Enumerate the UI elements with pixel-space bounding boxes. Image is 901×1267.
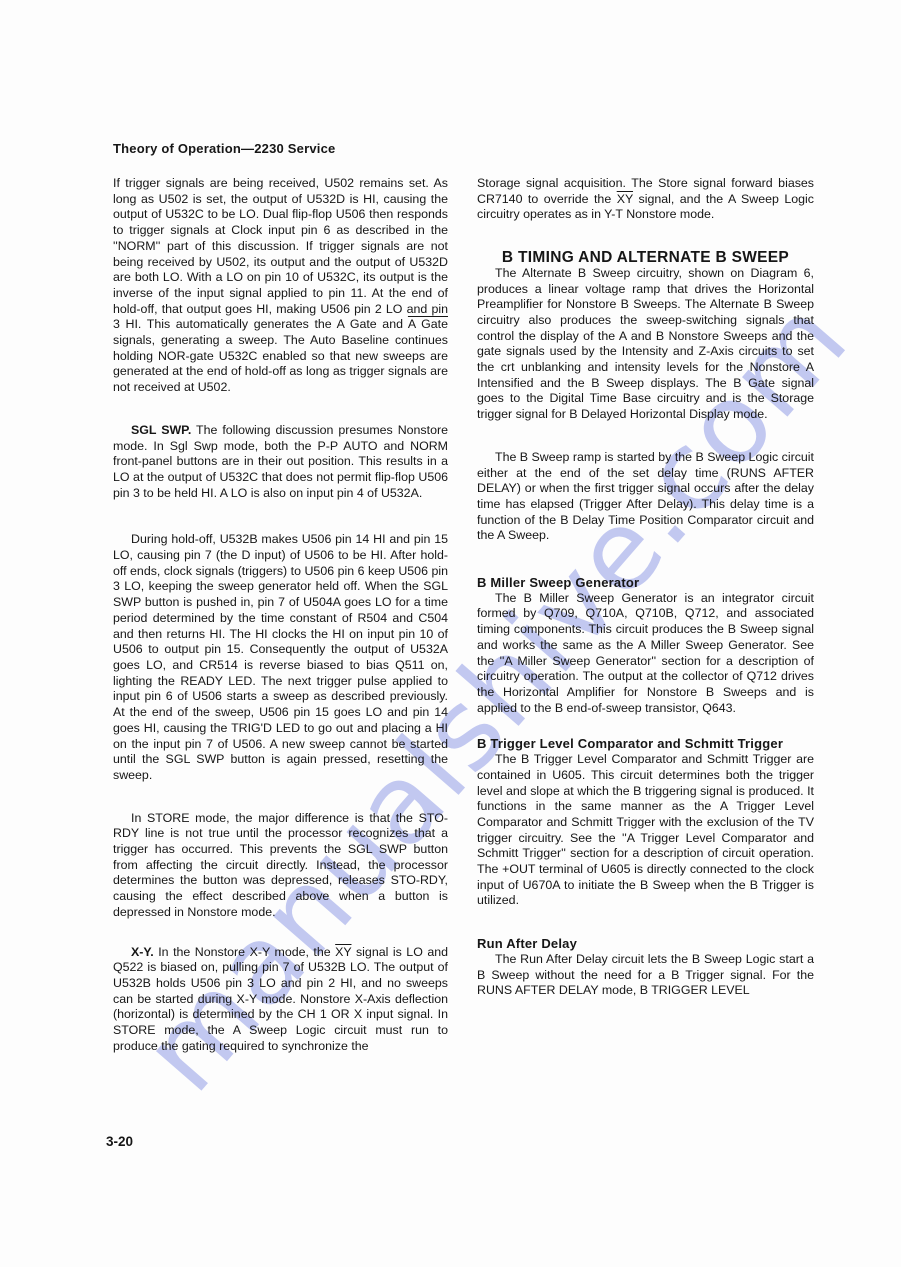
paragraph-b-miller-sweep: The B Miller Sweep Generator is an integ… (477, 591, 814, 717)
overline-signal-name: XY (335, 945, 351, 959)
paragraph-text: The Alternate B Sweep circuitry, shown o… (477, 266, 814, 421)
paragraph-run-after-delay: The Run After Delay circuit lets the B S… (477, 952, 814, 999)
paragraph-store-mode: In STORE mode, the major difference is t… (113, 811, 448, 921)
paragraph-trigger-signals: If trigger signals are being received, U… (113, 176, 448, 396)
right-column: Storage signal acquisition. The Store si… (477, 176, 814, 999)
paragraph-storage-signal: Storage signal acquisition. The Store si… (477, 176, 814, 223)
overline-signal-name: A Gate (408, 317, 448, 331)
paragraph-text: The B Trigger Level Comparator and Schmi… (477, 752, 814, 907)
paragraph-text: The Run After Delay circuit lets the B S… (477, 952, 814, 997)
section-heading-b-timing: B TIMING AND ALTERNATE B SWEEP (477, 250, 814, 266)
paragraph-sgl-swp: SGL SWP. The following discussion presum… (113, 423, 448, 502)
paragraph-text: The B Miller Sweep Generator is an integ… (477, 591, 814, 715)
paragraph-text: In the Nonstore X-Y mode, the (154, 945, 335, 959)
subheading-b-miller-sweep-generator: B Miller Sweep Generator (477, 575, 814, 591)
paragraph-lead: SGL SWP. (131, 423, 191, 437)
paragraph-text: If trigger signals are being received, U… (113, 176, 448, 331)
paragraph-text: During hold-off, U532B makes U506 pin 14… (113, 532, 448, 782)
paragraph-lead: X-Y. (131, 945, 154, 959)
paragraph-during-holdoff: During hold-off, U532B makes U506 pin 14… (113, 532, 448, 783)
paragraph-xy-mode: X-Y. In the Nonstore X-Y mode, the XY si… (113, 945, 448, 1055)
subheading-run-after-delay: Run After Delay (477, 936, 814, 952)
paragraph-text: signals, generating a sweep. The Auto Ba… (113, 333, 448, 394)
overline-signal-name: XY (617, 192, 633, 206)
scanned-manual-page: manualshive.com Theory of Operation—2230… (0, 0, 901, 1267)
page-title: Theory of Operation—2230 Service (113, 141, 335, 156)
page-number: 3-20 (106, 1134, 133, 1149)
paragraph-alternate-b-sweep: The Alternate B Sweep circuitry, shown o… (477, 266, 814, 423)
paragraph-text: In STORE mode, the major difference is t… (113, 811, 448, 919)
paragraph-b-sweep-ramp: The B Sweep ramp is started by the B Swe… (477, 450, 814, 544)
paragraph-text: The B Sweep ramp is started by the B Swe… (477, 450, 814, 543)
left-column: If trigger signals are being received, U… (113, 176, 448, 1054)
paragraph-text: signal is LO and Q522 is biased on, pull… (113, 945, 448, 1053)
paragraph-b-trigger-level: The B Trigger Level Comparator and Schmi… (477, 752, 814, 909)
subheading-b-trigger-level-comparator: B Trigger Level Comparator and Schmitt T… (477, 736, 814, 752)
